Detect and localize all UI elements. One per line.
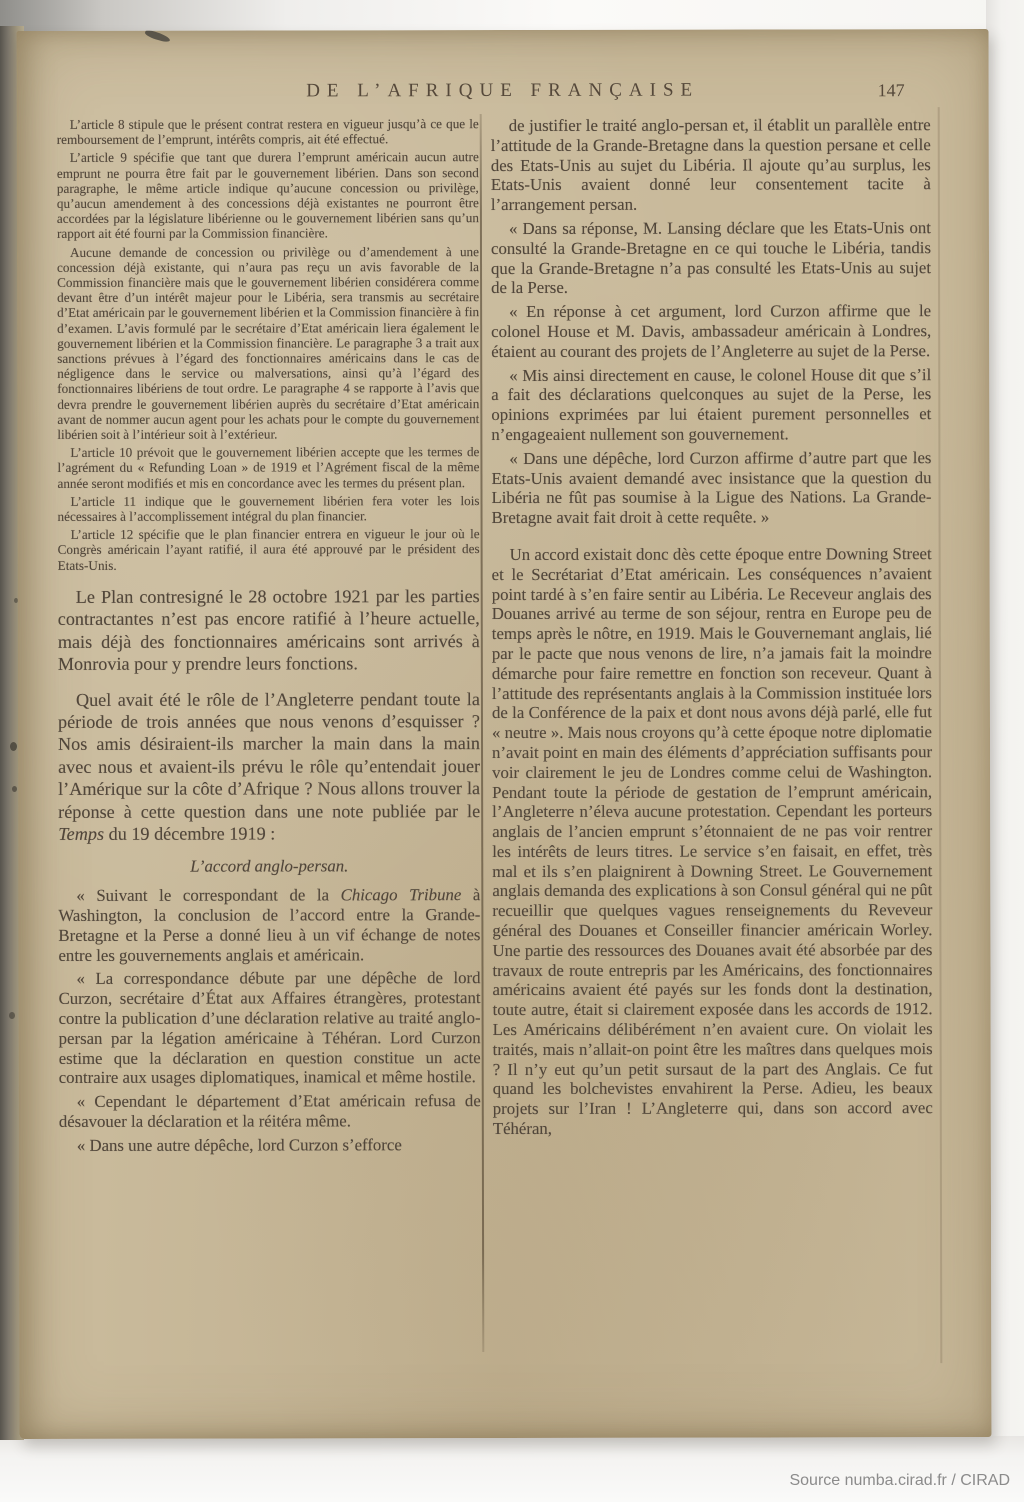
paragraph: « La correspondance débute par une dépêc… (58, 968, 480, 1088)
text: « Cependant le département d’Etat améric… (59, 1091, 481, 1131)
scan-artifact-mark (144, 29, 171, 44)
paragraph: « En réponse à cet argument, lord Curzon… (491, 301, 931, 361)
italic-text: L’accord anglo-persan. (190, 857, 348, 876)
scanner-background-bottom (0, 1436, 1024, 1502)
ink-speck (10, 742, 17, 751)
text: « La correspondance débute par une dépêc… (59, 968, 481, 1087)
paragraph: « Dans une autre dépêche, lord Curzon s’… (59, 1135, 481, 1156)
right-column: de justifier le traité anglo-persan et, … (491, 115, 933, 1143)
paragraph: « Cependant le département d’Etat améric… (59, 1091, 481, 1131)
scanned-page: DE L’AFRIQUE FRANÇAISE 147 L’article 8 s… (17, 29, 992, 1439)
paragraph: L’article 9 spécifie que tant que durera… (57, 149, 479, 241)
text: « Dans une autre dépêche, lord Curzon s’… (77, 1135, 402, 1155)
paragraph: Quel avait été le rôle de l’Angleterre p… (58, 688, 480, 846)
paragraph: de justifier le traité anglo-persan et, … (491, 115, 931, 215)
paragraph: « Dans une dépêche, lord Curzon affirme … (491, 448, 931, 528)
text: Un accord existait donc dès cette époque… (492, 544, 933, 1138)
ink-speck (12, 786, 17, 792)
paragraph: L’article 11 indique que le gouvernement… (57, 493, 479, 524)
paragraph: L’article 12 spécifie que le plan financ… (58, 526, 480, 572)
page-number: 147 (878, 80, 905, 101)
paragraph: « Mis ainsi directement en cause, le col… (491, 365, 931, 445)
text: Le Plan contresigné le 28 octobre 1921 p… (58, 586, 480, 674)
paragraph: L’article 10 prévoit que le gouvernement… (57, 444, 479, 490)
paragraph: « Suivant le correspondant de la Chicago… (58, 885, 480, 965)
scan-viewport: { "colors": { "paper": "#c9ba9b", "ink":… (0, 0, 1024, 1502)
section-heading: L’accord anglo-persan. (58, 856, 480, 877)
text: L’article 10 prévoit que le gouvernement… (57, 444, 479, 490)
journal-header-title: DE L’AFRIQUE FRANÇAISE (17, 79, 989, 103)
text: « Mis ainsi directement en cause, le col… (491, 365, 931, 444)
paragraph: Le Plan contresigné le 28 octobre 1921 p… (58, 585, 480, 676)
paragraph: L’article 8 stipule que le présent contr… (57, 116, 479, 147)
paragraph: Aucune demande de concession ou privilèg… (57, 244, 479, 443)
left-column: L’article 8 stipule que le présent contr… (57, 116, 481, 1159)
text: « Dans sa réponse, M. Lansing déclare qu… (491, 218, 931, 297)
text: L’article 11 indique que le gouvernement… (58, 493, 480, 524)
text: « Dans une dépêche, lord Curzon affirme … (491, 448, 931, 527)
text: « Suivant le correspondant de la (76, 885, 340, 905)
text: Aucune demande de concession ou privilèg… (57, 244, 479, 442)
paragraph: Un accord existait donc dès cette époque… (492, 544, 933, 1139)
text: du 19 décembre 1919 : (104, 823, 275, 843)
scanner-background-top (0, 0, 1024, 32)
column-divider-rule (480, 114, 485, 1352)
italic-text: Chicago Tribune (341, 885, 462, 904)
right-margin-rule (938, 107, 942, 1363)
text: de justifier le traité anglo-persan et, … (491, 115, 931, 214)
scanner-background-right (986, 0, 1024, 1460)
text: Quel avait été le rôle de l’Angleterre p… (58, 689, 480, 822)
text: L’article 8 stipule que le présent contr… (57, 116, 479, 147)
text: « En réponse à cet argument, lord Curzon… (491, 301, 931, 361)
source-credit: Source numba.cirad.fr / CIRAD (789, 1472, 1010, 1490)
text: L’article 12 spécifie que le plan financ… (58, 526, 480, 572)
text: L’article 9 spécifie que tant que durera… (57, 149, 479, 241)
paragraph: « Dans sa réponse, M. Lansing déclare qu… (491, 218, 931, 298)
ink-speck (9, 1012, 15, 1019)
italic-text: Temps (58, 824, 104, 844)
